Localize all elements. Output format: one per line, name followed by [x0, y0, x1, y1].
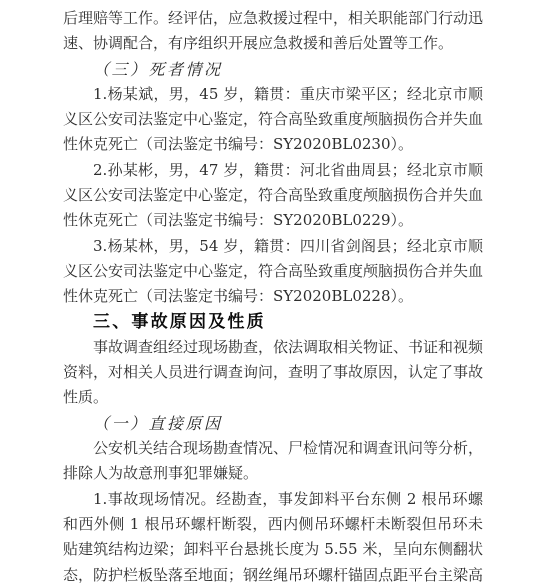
text-line: 后理赔等工作。经评估，应急救援过程中，相关职能部门行动迅 [63, 6, 483, 31]
text-line: 3.杨某林，男，54 岁，籍贯：四川省剑阁县；经北京市顺 [63, 234, 483, 259]
section-heading-cause-and-nature: 三、事故原因及性质 [63, 310, 483, 335]
text-line: 2.孙某彬，男，47 岁，籍贯：河北省曲周县；经北京市顺 [63, 158, 483, 183]
text-line: 性休克死亡（司法鉴定书编号：SY2020BL0229）。 [63, 208, 483, 233]
text-line: 1.杨某斌，男，45 岁，籍贯：重庆市梁平区；经北京市顺 [63, 82, 483, 107]
text-line: 事故调查组经过现场勘查，依法调取相关物证、书证和视频 [63, 335, 483, 360]
text-line: 资料，对相关人员进行调查询问，查明了事故原因，认定了事故 [63, 360, 483, 385]
subsection-heading-direct-cause: （一）直接原因 [63, 411, 483, 436]
text-line: 排除人为故意刑事犯罪嫌疑。 [63, 461, 483, 486]
subsection-heading-deceased: （三）死者情况 [63, 57, 483, 82]
text-line: 义区公安司法鉴定中心鉴定，符合高坠致重度颅脑损伤合并失血 [63, 259, 483, 284]
text-line: 性休克死亡（司法鉴定书编号：SY2020BL0230）。 [63, 132, 483, 157]
document-page: 后理赔等工作。经评估，应急救援过程中，相关职能部门行动迅 速、协调配合，有序组织… [0, 0, 543, 583]
text-line: 和西外侧 1 根吊环螺杆断裂，西内侧吊环螺杆未断裂但吊环未紧 [63, 512, 483, 537]
text-line: 义区公安司法鉴定中心鉴定，符合高坠致重度颅脑损伤合并失血 [63, 107, 483, 132]
text-line: 公安机关结合现场勘查情况、尸检情况和调查讯问等分析， [63, 436, 483, 461]
document-text-block: 后理赔等工作。经评估，应急救援过程中，相关职能部门行动迅 速、协调配合，有序组织… [63, 6, 483, 583]
text-line: 义区公安司法鉴定中心鉴定，符合高坠致重度颅脑损伤合并失血 [63, 183, 483, 208]
text-line: 贴建筑结构边梁；卸料平台悬挑长度为 5.55 米，呈向东侧翻状 [63, 537, 483, 562]
text-line: 速、协调配合，有序组织开展应急救援和善后处置等工作。 [63, 31, 483, 56]
text-line: 性质。 [63, 385, 483, 410]
text-line: 性休克死亡（司法鉴定书编号：SY2020BL0228）。 [63, 284, 483, 309]
text-line: 态，防护栏板坠落至地面；钢丝绳吊环螺杆锚固点距平台主梁高 [63, 563, 483, 583]
text-line: 1.事故现场情况。经勘查，事发卸料平台东侧 2 根吊环螺杆 [63, 487, 483, 512]
